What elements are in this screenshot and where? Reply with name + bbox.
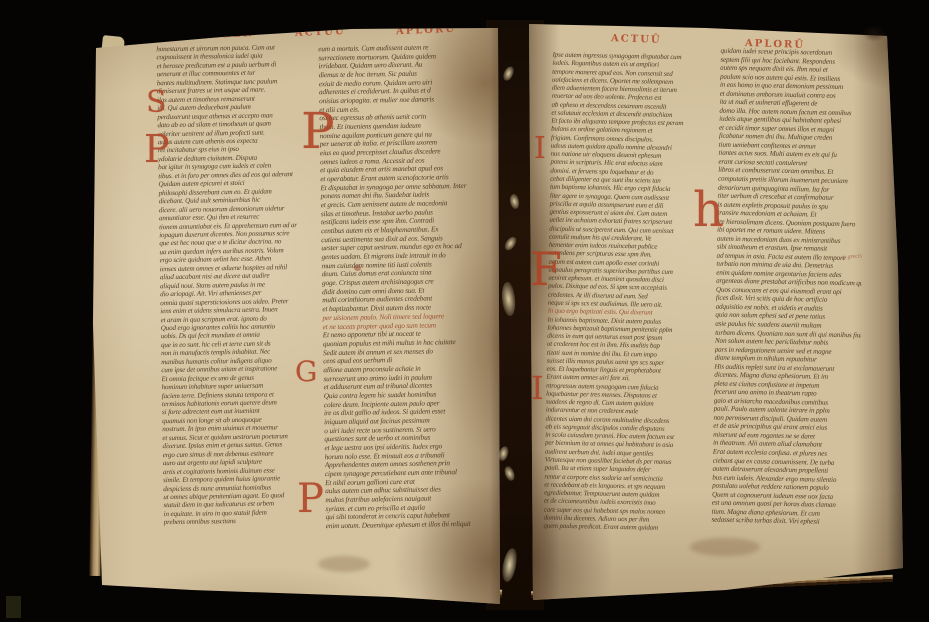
manuscript-line: quem paulus predicat. Erant autem quidam <box>543 522 691 533</box>
running-title-actuum-right: ACTUŪ <box>611 33 662 46</box>
right-page-column-2: quidam iudei sceue principis sacerdotums… <box>711 47 866 528</box>
drop-cap-initial: I <box>534 134 546 164</box>
left-page: LIBER ACTUŪ APLORŪ honestarum et uirorum… <box>92 24 502 608</box>
drop-cap-initial: h <box>693 186 724 234</box>
drop-cap-initial: P <box>297 479 324 519</box>
manuscript-line: prebens omnibus suscitans <box>164 516 316 527</box>
drop-cap-initial: F <box>530 246 562 292</box>
running-title-liber: LIBER <box>207 28 254 41</box>
parchment-stain <box>318 556 370 572</box>
left-page-column-1: honestarum et uirorum non pauca. Cum aut… <box>156 43 316 527</box>
manuscript-line: sedasset scriba turbas dixit. Viri ephes… <box>711 516 857 527</box>
background-object <box>6 596 21 618</box>
folio-corner-smudge <box>862 25 886 42</box>
parchment-stain <box>690 538 760 556</box>
manuscript-line: enim uotum. Deuenitque ephesum et illos … <box>326 520 480 531</box>
left-page-column-2: eum a mortuis. Cum audissent autem resur… <box>318 43 480 531</box>
drop-cap-initial: S <box>146 88 167 118</box>
running-title-apostolorum-left: APLORŪ <box>396 24 456 38</box>
photo-background: LIBER ACTUŪ APLORŪ honestarum et uirorum… <box>0 0 929 622</box>
right-page: ACTUŪ APLORŪ Ipse autem ingressus synago… <box>526 18 906 608</box>
drop-cap-initial: P <box>144 130 170 168</box>
drop-cap-initial: P <box>301 106 335 156</box>
ink-stain <box>354 265 361 271</box>
running-title-actuum-left: ACTUŪ <box>295 26 346 39</box>
drop-cap-initial: I <box>531 372 544 404</box>
right-page-column-1: Ipse autem ingressus synagogam disputaba… <box>543 51 700 534</box>
drop-cap-initial: G <box>295 358 317 386</box>
